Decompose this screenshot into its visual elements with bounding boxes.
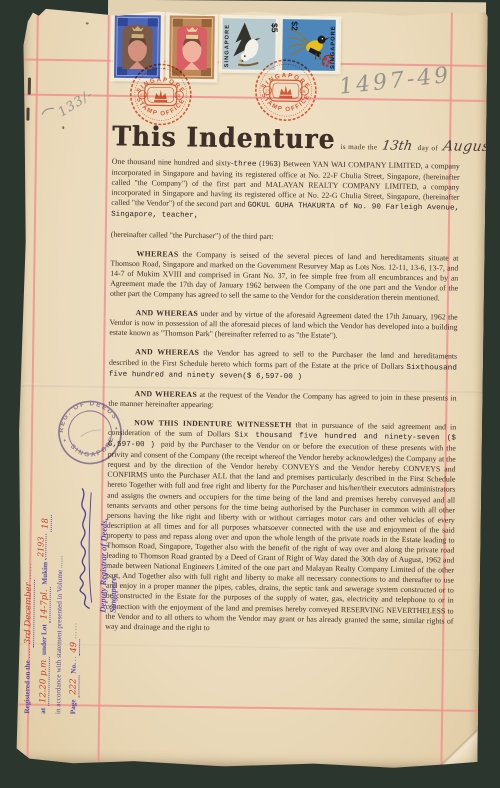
gothic-title: This Indenture <box>112 120 336 154</box>
opening-text: (196 <box>256 159 273 168</box>
typed-insert: three <box>233 160 256 168</box>
paper-speck <box>86 22 89 24</box>
paper-speck <box>62 126 64 129</box>
title-made-text: is made the <box>340 143 377 152</box>
pencil-fee-note: 133/- <box>56 87 97 120</box>
whereas-keyword: AND WHEREAS <box>135 348 199 358</box>
paragraph-text: paid by the Purchaser to the Vendor on o… <box>105 440 456 632</box>
mukim-number-handwritten: 18 <box>41 515 52 532</box>
dotted-leader: .. <box>70 656 78 662</box>
stamp-office-cancellation-mark: SINGAPORE 13 8 STAMP OFFICE <box>253 57 318 131</box>
stamp-office-crown-seal-icon: SINGAPORE 13 8 STAMP OFFICE <box>128 61 193 130</box>
page-number-handwritten: 222 <box>68 675 79 697</box>
whereas-paragraph-4: AND WHEREAS at the request of the Vendor… <box>108 388 456 413</box>
witnesseth-paragraph: NOW THIS INDENTURE WITNESSETH that in pu… <box>105 418 456 637</box>
staple <box>28 78 31 95</box>
opening-paragraph: One thousand nine hundred and sixty-thre… <box>111 157 460 225</box>
dotted-leader: ...... <box>25 563 33 580</box>
indenture-document-page: SINGAPORE $5 $2 SINGAPORE <box>13 2 488 770</box>
page-label: Page <box>69 699 77 714</box>
no-label: No. <box>70 663 78 674</box>
whereas-paragraph-3: AND WHEREAS the Vendor has agreed to sel… <box>109 347 457 384</box>
dotted-leader: .... <box>24 647 32 658</box>
dog-ear-fold <box>423 729 478 770</box>
staple <box>26 108 29 121</box>
deed-text-column: This Indenture is made the 13th day of A… <box>105 123 460 646</box>
whereas-keyword: AND WHEREAS <box>136 308 199 318</box>
title-day-of-text: day of <box>418 144 439 152</box>
handwritten-day: 13th <box>381 139 413 154</box>
whereas-paragraph-2: AND WHEREAS under and by virtue of the a… <box>109 308 457 343</box>
registered-on-label: Registered on the <box>23 660 32 713</box>
opening-text: One thousand nine hundred and sixty- <box>112 157 234 168</box>
registration-date-handwritten: 3rd December <box>23 579 35 647</box>
stamp-office-crown-seal-icon: SINGAPORE 13 8 STAMP OFFICE <box>253 57 318 126</box>
instrument-number-handwritten: 49 <box>69 639 80 656</box>
registrar-signature-scrawl-icon <box>76 482 96 612</box>
registrar-signature-block: Deputy Registrar of Deeds, Singapore. <box>76 424 119 613</box>
pencil-squiggle-icon <box>40 104 58 118</box>
ts-number-handwritten: 2193 <box>36 534 46 560</box>
purchaser-clause: (hereinafter called "the Purchaser") of … <box>111 229 459 244</box>
pencil-deed-number: 1497-49 <box>338 63 452 100</box>
stamp-country-text: SINGAPORE <box>224 24 231 68</box>
whereas-keyword: WHEREAS <box>136 249 178 259</box>
stamp-country-text: SINGAPORE <box>330 25 337 69</box>
mukim-label: Mukim <box>41 562 49 585</box>
whereas-keyword: AND WHEREAS <box>135 389 198 399</box>
at-label: at <box>39 708 47 714</box>
handwritten-month: August <box>442 138 497 155</box>
dotted-leader: ...... <box>70 622 78 639</box>
under-lot-label: under Lot <box>40 624 48 655</box>
title-line: This Indenture is made the 13th day of A… <box>112 123 460 157</box>
registration-time-handwritten: 12.20 p.m <box>38 657 50 706</box>
stamp-value-text: $5 <box>270 23 278 33</box>
lot-number-handwritten: 14-7pl. <box>39 586 51 622</box>
stamp-value-text: $2 <box>290 21 300 31</box>
whereas-paragraph-1: WHEREAS the Company is seised of the sev… <box>110 248 459 303</box>
